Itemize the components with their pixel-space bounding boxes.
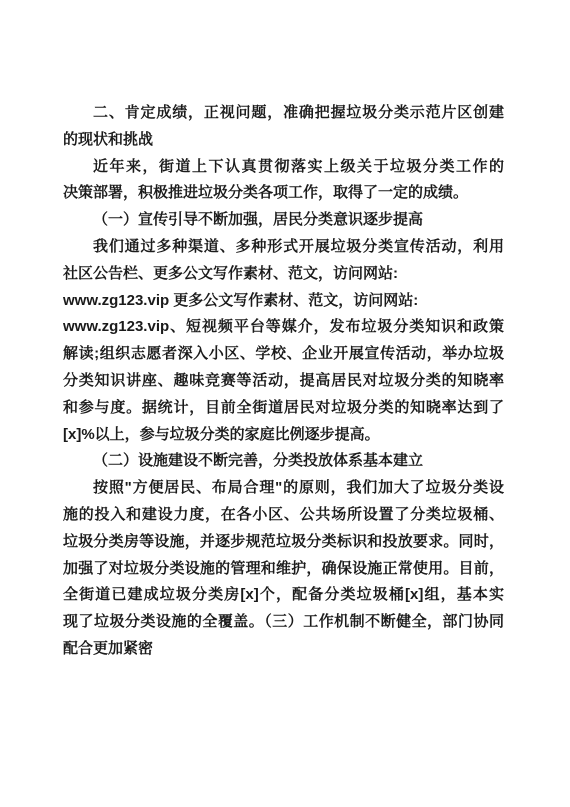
text-line: 现了垃圾分类设施的全覆盖。（三）工作机制不断健全，部门协同 — [63, 609, 504, 636]
text-line: [x]%以上，参与垃圾分类的家庭比例逐步提高。 — [63, 422, 504, 449]
text-line: www.zg123.vip 更多公文写作素材、范文，访问网站: — [63, 288, 504, 315]
text-line: 解读;组织志愿者深入小区、学校、企业开展宣传活动，举办垃圾 — [63, 341, 504, 368]
text-line: 的现状和挑战 — [63, 127, 504, 154]
text-line: 分类知识讲座、趣味竞赛等活动，提高居民对垃圾分类的知晓率 — [63, 368, 504, 395]
text-line: www.zg123.vip、短视频平台等媒介，发布垃圾分类知识和政策 — [63, 314, 504, 341]
document-body: 二、肯定成绩，正视问题，准确把握垃圾分类示范片区创建的现状和挑战近年来，街道上下… — [63, 100, 504, 663]
text-line: （二）设施建设不断完善，分类投放体系基本建立 — [63, 448, 504, 475]
document-page: 二、肯定成绩，正视问题，准确把握垃圾分类示范片区创建的现状和挑战近年来，街道上下… — [0, 0, 570, 807]
text-line: 配合更加紧密 — [63, 636, 504, 663]
text-line: 近年来，街道上下认真贯彻落实上级关于垃圾分类工作的 — [63, 154, 504, 181]
text-line: （一）宣传引导不断加强，居民分类意识逐步提高 — [63, 207, 504, 234]
text-line: 我们通过多种渠道、多种形式开展垃圾分类宣传活动，利用 — [63, 234, 504, 261]
text-line: 加强了对垃圾分类设施的管理和维护，确保设施正常使用。目前， — [63, 556, 504, 583]
text-line: 按照"方便居民、布局合理"的原则，我们加大了垃圾分类设 — [63, 475, 504, 502]
text-line: 全街道已建成垃圾分类房[x]个，配备分类垃圾桶[x]组，基本实 — [63, 582, 504, 609]
text-line: 二、肯定成绩，正视问题，准确把握垃圾分类示范片区创建 — [63, 100, 504, 127]
text-line: 垃圾分类房等设施，并逐步规范垃圾分类标识和投放要求。同时， — [63, 529, 504, 556]
text-line: 社区公告栏、更多公文写作素材、范文，访问网站: — [63, 261, 504, 288]
text-line: 和参与度。据统计，目前全街道居民对垃圾分类的知晓率达到了 — [63, 395, 504, 422]
text-line: 决策部署，积极推进垃圾分类各项工作，取得了一定的成绩。 — [63, 180, 504, 207]
text-line: 施的投入和建设力度，在各小区、公共场所设置了分类垃圾桶、 — [63, 502, 504, 529]
